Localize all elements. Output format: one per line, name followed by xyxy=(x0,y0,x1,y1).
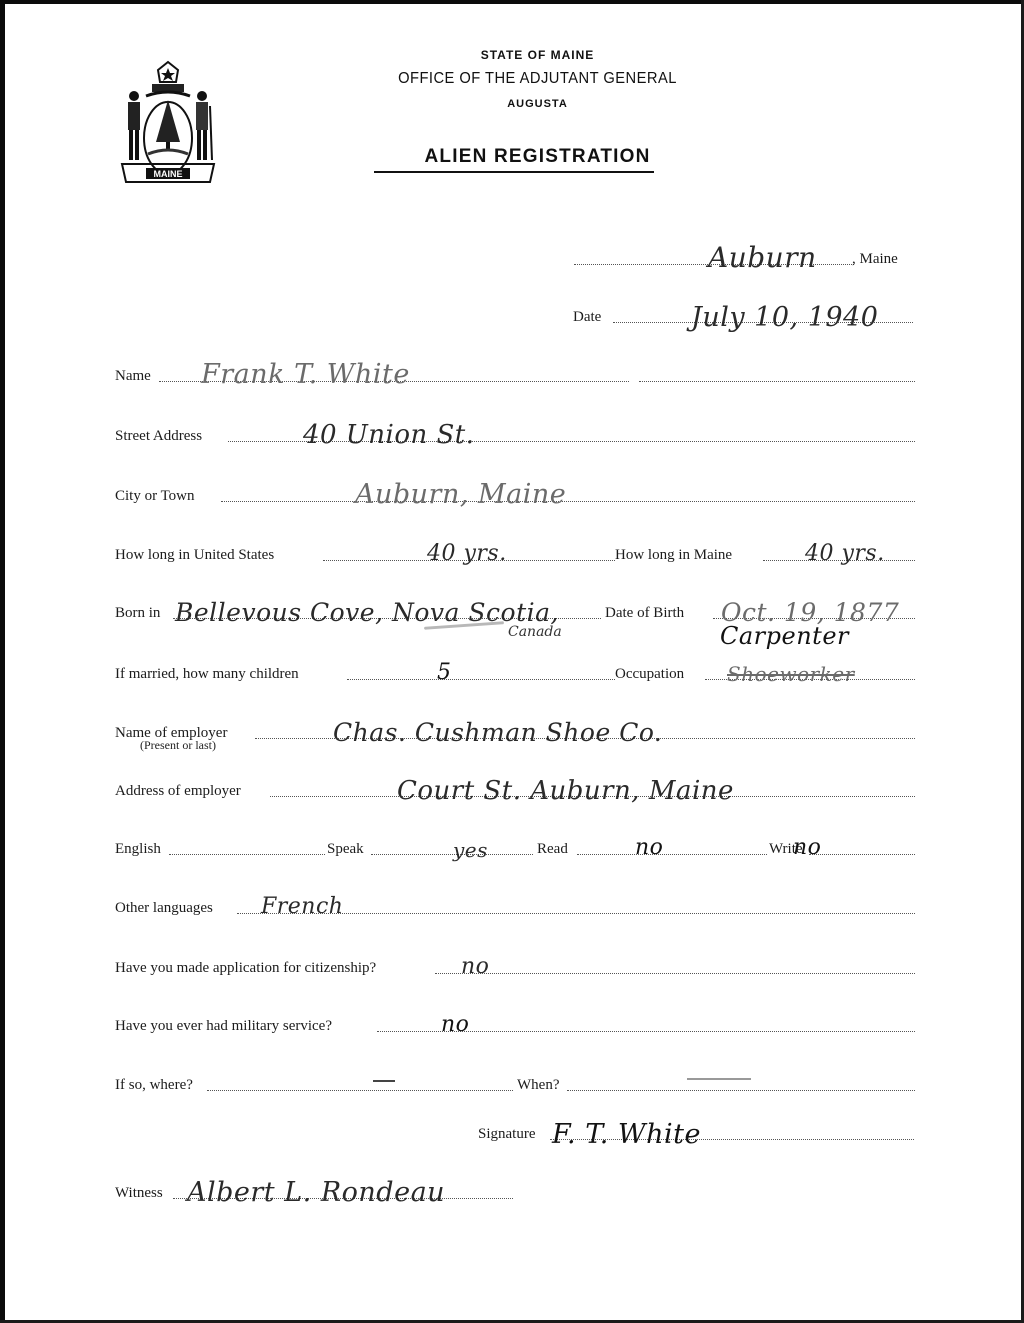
city-or-town-value: Auburn, Maine xyxy=(355,481,566,509)
other-languages-value: French xyxy=(261,893,343,921)
how-long-maine-label: How long in Maine xyxy=(615,547,732,564)
children-occupation-row: If married, how many children 5 Occupati… xyxy=(115,659,925,685)
signature-field[interactable]: Signature F. T. White xyxy=(478,1119,914,1145)
military-when-label: When? xyxy=(517,1077,559,1094)
name-field[interactable]: Name Frank T. White xyxy=(115,361,915,387)
military-value: no xyxy=(441,1011,469,1039)
town-value: Auburn xyxy=(708,244,817,272)
children-label: If married, how many children xyxy=(115,666,299,683)
military-where-value[interactable] xyxy=(373,1080,395,1082)
letterhead-city: AUGUSTA xyxy=(300,98,775,110)
city-or-town-field[interactable]: City or Town Auburn, Maine xyxy=(115,481,915,507)
signature-value: F. T. White xyxy=(552,1121,701,1149)
speak-label: Speak xyxy=(327,841,364,858)
signature-label: Signature xyxy=(478,1126,536,1143)
maine-state-seal-icon: MAINE xyxy=(116,60,220,188)
read-value[interactable]: no xyxy=(635,834,663,862)
how-long-us-label: How long in United States xyxy=(115,547,274,564)
military-details-row: If so, where? When? xyxy=(115,1070,915,1096)
employer-address-label: Address of employer xyxy=(115,783,241,800)
witness-field[interactable]: Witness Albert L. Rondeau xyxy=(115,1178,535,1204)
employer-address-field[interactable]: Address of employer Court St. Auburn, Ma… xyxy=(115,776,915,802)
date-of-birth-label: Date of Birth xyxy=(605,605,684,622)
witness-label: Witness xyxy=(115,1185,163,1202)
date-field[interactable]: Date July 10, 1940 xyxy=(573,302,918,328)
birth-row: Born in Bellevous Cove, Nova Scotia, Dat… xyxy=(115,598,915,624)
citizenship-value: no xyxy=(461,953,489,981)
letterhead-office: OFFICE OF THE ADJUTANT GENERAL xyxy=(319,70,756,88)
citizenship-field[interactable]: Have you made application for citizenshi… xyxy=(115,953,915,979)
svg-text:MAINE: MAINE xyxy=(154,169,183,179)
write-value[interactable]: no xyxy=(793,834,821,862)
citizenship-label: Have you made application for citizenshi… xyxy=(115,960,376,977)
employer-name-value: Chas. Cushman Shoe Co. xyxy=(333,719,662,747)
english-row: English Speak yes Read no Write no xyxy=(115,834,915,860)
born-in-continuation: Canada xyxy=(508,624,562,640)
military-label: Have you ever had military service? xyxy=(115,1018,332,1035)
residency-row: How long in United States 40 yrs. How lo… xyxy=(115,540,915,566)
name-label: Name xyxy=(115,368,151,385)
employer-name-sublabel: (Present or last) xyxy=(140,738,216,753)
read-label: Read xyxy=(537,841,568,858)
name-value: Frank T. White xyxy=(201,361,410,389)
other-languages-field[interactable]: Other languages French xyxy=(115,893,915,919)
employer-name-field[interactable]: Name of employer Chas. Cushman Shoe Co. xyxy=(115,718,915,744)
town-field[interactable]: Auburn , Maine xyxy=(570,244,920,270)
scan-border xyxy=(0,0,5,1323)
date-value: July 10, 1940 xyxy=(691,304,878,332)
street-address-field[interactable]: Street Address 40 Union St. xyxy=(115,421,915,447)
date-label: Date xyxy=(573,309,601,326)
military-field[interactable]: Have you ever had military service? no xyxy=(115,1011,915,1037)
speak-value[interactable]: yes xyxy=(453,836,488,864)
letterhead-state: STATE OF MAINE xyxy=(300,48,775,62)
military-when-value[interactable] xyxy=(687,1078,751,1080)
city-or-town-label: City or Town xyxy=(115,488,195,505)
town-label: , Maine xyxy=(852,251,898,268)
title-underline xyxy=(374,171,654,173)
street-address-value: 40 Union St. xyxy=(303,421,475,449)
page-title: ALIEN REGISTRATION xyxy=(300,146,775,168)
street-address-label: Street Address xyxy=(115,428,202,445)
witness-value: Albert L. Rondeau xyxy=(187,1179,445,1207)
other-languages-label: Other languages xyxy=(115,900,213,917)
born-in-label: Born in xyxy=(115,605,160,622)
how-long-maine-value[interactable]: 40 yrs. xyxy=(805,540,885,568)
occupation-struck-value[interactable]: Shoeworker xyxy=(727,660,855,688)
english-label: English xyxy=(115,841,161,858)
occupation-label: Occupation xyxy=(615,666,684,683)
children-value[interactable]: 5 xyxy=(437,659,452,687)
employer-address-value: Court St. Auburn, Maine xyxy=(397,777,734,805)
military-where-label: If so, where? xyxy=(115,1077,193,1094)
scan-border xyxy=(0,0,1024,4)
how-long-us-value[interactable]: 40 yrs. xyxy=(427,540,507,568)
